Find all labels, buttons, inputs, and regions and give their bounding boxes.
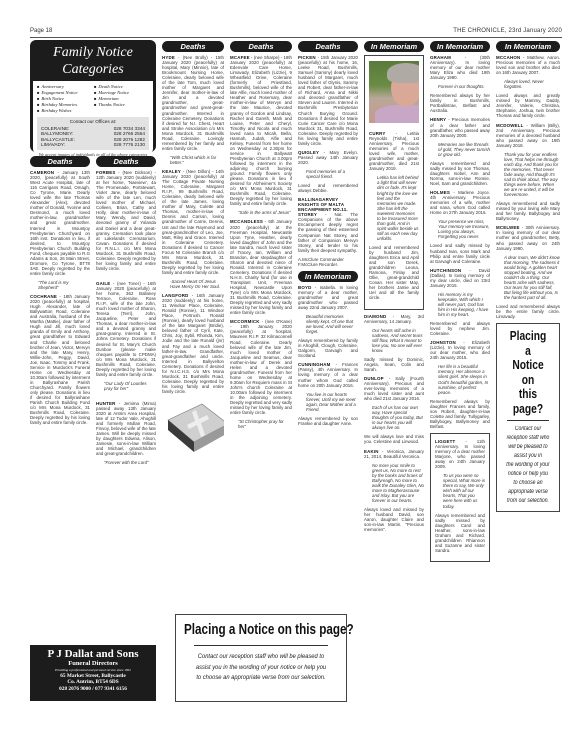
office-name: LIMAVADY:: [41, 142, 65, 148]
section-header-in-memoriam: In Memoriam: [364, 41, 424, 52]
notice-storey: BALLINAGARVEY KNIGHTS OF MALTA ENCAMPMEN…: [298, 197, 358, 253]
placing-notice-ad-narrow: Placing a Notice on this page? Contact o…: [496, 323, 560, 512]
office-phone: 028 7776 2130: [114, 142, 145, 148]
notice-hyde: HYDE - (Nee Brolly) - 15th January 2020 …: [162, 55, 224, 151]
dallat-funeral-directors-ad: P J Dallat and Sons Funeral Directors Pr…: [30, 645, 156, 701]
notice-mcdowell: MCDOWELL - William (Billy), 2nd Annivers…: [496, 123, 560, 148]
notice-johnston: JOHNSTON - Elizabeth (Lizzie). In loving…: [430, 340, 490, 360]
contact-panel: Contact our Offices at: COLERAINE:028 70…: [37, 117, 149, 150]
notice-dunlop: DUNLOP - Sally (Fourth Anniversary). Pre…: [364, 376, 424, 401]
notice-boyd: BOYD - Isabella. In loving memory of a d…: [298, 285, 358, 310]
notice-eakin: EAKIN - Veronica, January 21, 2014, Beau…: [364, 449, 424, 459]
page-number: Page 18: [30, 28, 52, 34]
column-5: Deaths PICKEN - 15th January 2020 (peace…: [298, 41, 358, 701]
category-thanks: Thanks Notice: [94, 102, 149, 108]
contact-title: Contact our Offices at:: [41, 119, 145, 125]
notice-diamond: DIAMOND - Mary, 3rd Anniversary, 14 Janu…: [364, 314, 424, 324]
notice-holmes: HOLMES - Marlene Joyce. 4th Anniversary.…: [430, 190, 490, 215]
section-header-deaths: Deaths: [230, 41, 292, 52]
notice-quigley: QUIGLEY - Mary Evelyn. Passed away 14th …: [298, 150, 358, 165]
section-header-deaths: Deaths: [298, 41, 358, 52]
notice-kealey: KEALEY - (Nee Dillon) - 14th January 202…: [162, 169, 224, 275]
notice-forbes: FORBES - (Nee Dickson) - 12th January 20…: [96, 170, 156, 271]
notice-gaile: GAILE - (nee Toner) - 16th January 2020 …: [96, 281, 156, 377]
categories-title-1: Family Notice: [33, 45, 153, 60]
header-rule: [30, 37, 562, 38]
column-7: In Memoriam GRAHAM - (30th Anniversary).…: [430, 41, 490, 701]
notice-langford: LANGFORD - 16th January 2020 (suddenly) …: [162, 293, 224, 394]
section-header-deaths: Deaths: [30, 156, 90, 167]
section-header-deaths: Deaths: [96, 156, 156, 167]
section-header-in-memoriam: In Memoriam: [496, 41, 560, 52]
memorial-photo: [369, 61, 419, 123]
notice-liggett-frame: LIGGETT - 11th Anniversary. In loving me…: [430, 433, 490, 562]
notice-hunter: HUNTER - Jemima (Mima) passed away 13th …: [96, 401, 156, 457]
bible-cross-icon: [162, 400, 224, 455]
categories-list-panel: Anniversary Death Notice Engagement Noti…: [33, 81, 153, 153]
notice-graham: GRAHAM - (30th Anniversary). In loving m…: [430, 55, 490, 80]
column-4: Deaths MCAFEE - (nee Sharpe) - 19th Janu…: [230, 41, 292, 601]
placing-notice-ad-wide: Placing a Notice on this page? Contact o…: [175, 614, 347, 702]
notice-cunningham: CUNNINGHAM - Frances (Pansy), 4th Annive…: [298, 362, 358, 387]
memorial-photo-frame: CURRY - Letitia Reynolds (Tisha), 1st An…: [364, 55, 424, 310]
notice-mccandless: MCCANDLESS - 6th January 2020 (peacefull…: [230, 219, 292, 315]
section-header-deaths: Deaths: [162, 41, 224, 52]
notice-picken: PICKEN - 15th January 2020 (peacefully) …: [298, 55, 358, 146]
newspaper-page: Page 18 THE CHRONICLE, 23rd January 2020…: [30, 28, 562, 708]
notice-hutchinson: HUTCHINSON - David (Dallas). In loving m…: [430, 268, 490, 288]
column-8: In Memoriam MCCAHON - Matthew, Aaron. Pr…: [496, 41, 560, 701]
column-2: Deaths FORBES - (Nee Dickson) - 12th Jan…: [96, 156, 156, 469]
section-header-in-memoriam: In Memoriam: [430, 41, 490, 52]
column-1: Deaths CAMERON - January 13th 2020, (pea…: [30, 156, 90, 429]
categories-box: Family Notice Categories Anniversary Dea…: [30, 40, 156, 152]
notice-cochrane: COCHRANE - 18th January 2020 (peacefully…: [30, 294, 90, 425]
notice-mcafee: MCAFEE - (nee Sharpe) - 19th January 202…: [230, 55, 292, 206]
masthead: THE CHRONICLE, 23rd January 2020: [453, 28, 562, 34]
notice-liggett: LIGGETT - 11th Anniversary. In loving me…: [435, 439, 485, 469]
column-6: In Memoriam CURRY - Letitia Reynolds (Ti…: [364, 41, 424, 701]
notice-mcelwee: MCELWEE - 30th Anniversary. In loving me…: [496, 225, 560, 250]
notice-cameron: CAMERON - January 13th 2020, (peacefully…: [30, 170, 90, 276]
categories-title-2: Categories: [33, 62, 153, 77]
column-3: Deaths HYDE - (Nee Brolly) - 15th Januar…: [162, 41, 224, 601]
category-birthday-wishes: Birthday Wishes: [37, 108, 92, 114]
section-header-in-memoriam: In Memoriam: [298, 271, 358, 282]
notice-mccormick: MCCORMICK - (nee O'Kane) - 19th January …: [230, 319, 292, 415]
notice-mccahon: MCCAHON - Matthew, Aaron. Precious memor…: [496, 55, 560, 75]
notice-curry: CURRY - Letitia Reynolds (Tisha), 1st An…: [369, 131, 419, 171]
notice-henry: HENRY - Precious memories of a dear fath…: [430, 117, 490, 137]
